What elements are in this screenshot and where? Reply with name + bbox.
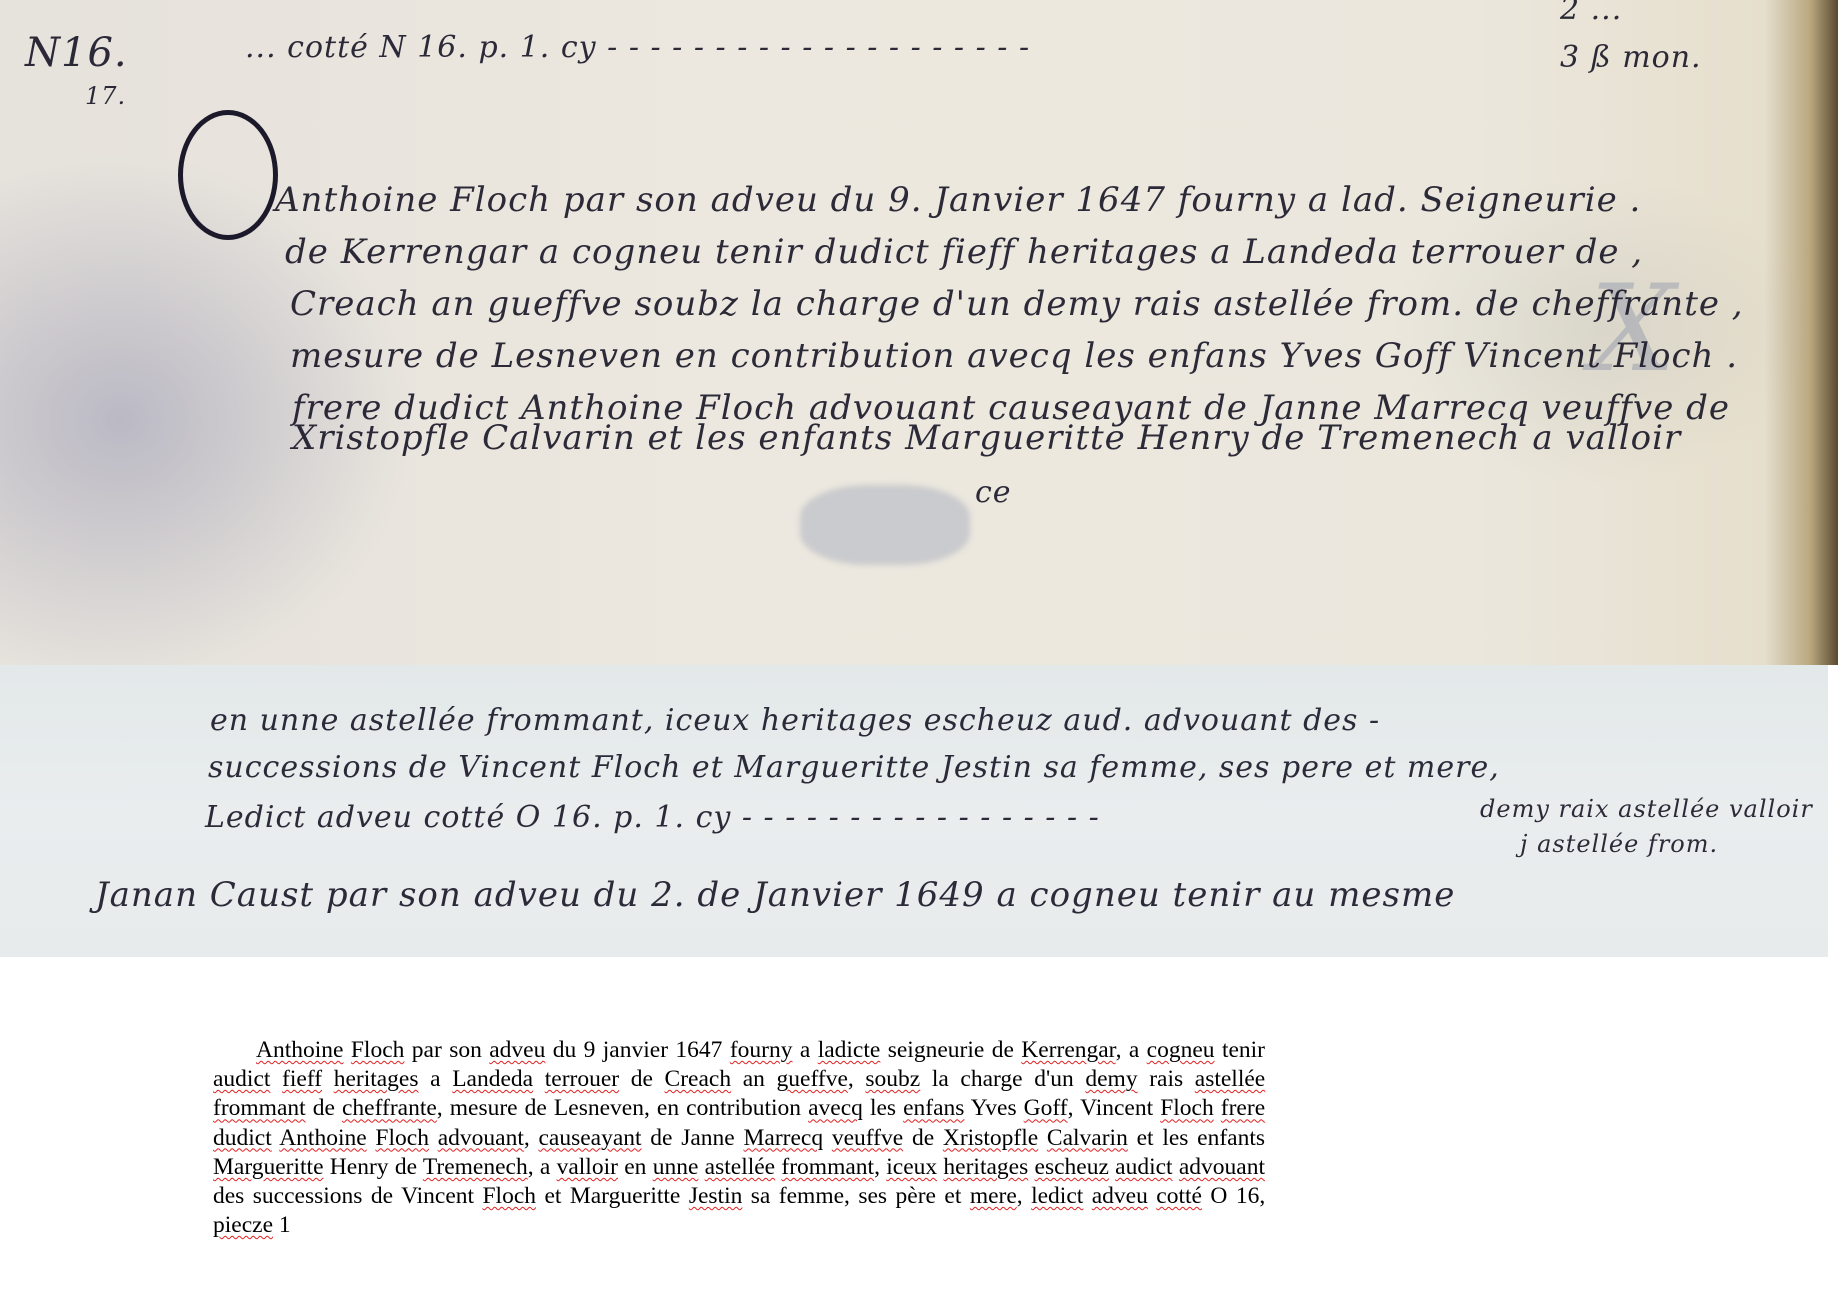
transcription-word: Floch — [375, 1125, 429, 1151]
transcription-word: gueffve — [777, 1066, 848, 1092]
transcription-word: et — [544, 1183, 561, 1209]
transcription-word: iceux — [886, 1154, 937, 1180]
transcription-word: soubz — [865, 1066, 920, 1092]
transcription-word: fieff — [282, 1066, 322, 1092]
transcription-word: Marrecq — [744, 1125, 824, 1151]
transcription-word: de — [395, 1154, 417, 1180]
transcription-word: valloir — [557, 1154, 618, 1180]
transcription-word: a — [430, 1066, 440, 1092]
transcription-word: heritages — [943, 1154, 1028, 1180]
decorated-initial — [178, 110, 278, 240]
transcription-word: d'un — [1034, 1066, 1073, 1092]
transcription-word: sa — [751, 1183, 771, 1209]
transcription-word: Lesneven — [554, 1095, 644, 1121]
transcription-word: 16 — [1236, 1183, 1260, 1209]
right-note-1: 2 ... — [1560, 0, 1622, 27]
manuscript-line: Creach an gueffve soubz la charge d'un d… — [290, 284, 1744, 324]
manuscript-line: ... cotté N 16. p. 1. cy - - - - - - - -… — [245, 30, 1030, 65]
transcription-word: mere — [970, 1183, 1017, 1209]
transcription-word: de — [525, 1095, 547, 1121]
transcription-word: de — [371, 1183, 393, 1209]
transcription-word: la — [932, 1066, 949, 1092]
faint-margin-mark: X — [1590, 260, 1675, 399]
transcription-word: Landeda — [452, 1066, 533, 1092]
transcription-word: unne — [653, 1154, 699, 1180]
transcription-word: 1647 — [675, 1037, 722, 1063]
transcription-word: a — [800, 1037, 810, 1063]
transcription-word: cotté — [1156, 1183, 1202, 1209]
transcription-word: femme — [779, 1183, 844, 1209]
transcription-word: frommant — [213, 1095, 306, 1121]
manuscript-scan-bottom: en unne astellée frommant, iceux heritag… — [0, 665, 1828, 957]
manuscript-line: successions de Vincent Floch et Margueri… — [208, 750, 1500, 785]
transcription-word: audict — [213, 1066, 270, 1092]
transcription-word: cheffrante — [342, 1095, 437, 1121]
transcription-word: causeayant — [538, 1125, 641, 1151]
right-note-1: demy raix astellée valloir — [1480, 795, 1813, 823]
manuscript-line: ce — [975, 475, 1012, 510]
transcription-word: cogneu — [1147, 1037, 1215, 1063]
transcription-word: Goff — [1024, 1095, 1068, 1121]
transcription-word: les — [1162, 1125, 1188, 1151]
manuscript-line: en unne astellée frommant, iceux heritag… — [210, 703, 1380, 738]
transcription-word: père — [896, 1183, 936, 1209]
manuscript-line: Janan Caust par son adveu du 2. de Janvi… — [95, 875, 1455, 915]
manuscript-scan-top: X N16. 17. 2 ... 3 ß mon. ... cotté N 16… — [0, 0, 1838, 665]
transcription-word: O — [1210, 1183, 1227, 1209]
transcription-word: advouant — [1179, 1154, 1265, 1180]
transcription-word: ses — [858, 1183, 887, 1209]
transcription-word: Vincent — [1080, 1095, 1153, 1121]
faded-stamp — [800, 485, 970, 565]
transcription-word: Margueritte — [570, 1183, 681, 1209]
transcription-word: Jestin — [689, 1183, 743, 1209]
transcription-word: piecze — [213, 1212, 273, 1238]
transcription-word: adveu — [489, 1037, 545, 1063]
transcription-word: ladicte — [818, 1037, 881, 1063]
transcription-word: audict — [1115, 1154, 1172, 1180]
transcription-word: Vincent — [401, 1183, 474, 1209]
transcription-word: Floch — [351, 1037, 405, 1063]
transcription-word: Anthoine — [279, 1125, 366, 1151]
transcription-word: astellée — [705, 1154, 775, 1180]
transcription-word: fourny — [730, 1037, 793, 1063]
transcription-word: du — [553, 1037, 577, 1063]
transcription-word: Anthoine — [256, 1037, 343, 1063]
transcription-word: de — [313, 1095, 335, 1121]
transcription-word: Creach — [665, 1066, 732, 1092]
transcription-word: des — [213, 1183, 244, 1209]
right-note-2: 3 ß mon. — [1560, 40, 1702, 75]
manuscript-line: mesure de Lesneven en contribution avecq… — [290, 336, 1738, 376]
transcription-word: escheuz — [1035, 1154, 1109, 1180]
transcription-word: 9 — [584, 1037, 596, 1063]
transcription-word: Kerrengar — [1021, 1037, 1115, 1063]
transcription-word: heritages — [334, 1066, 419, 1092]
transcription-word: charge — [960, 1066, 1022, 1092]
manuscript-line: de Kerrengar a cogneu tenir dudict fieff… — [285, 232, 1643, 272]
transcription-word: enfans — [903, 1095, 964, 1121]
transcription-word: avecq — [808, 1095, 863, 1121]
transcription-word: Henry — [330, 1154, 389, 1180]
transcription-word: Floch — [482, 1183, 536, 1209]
transcription-word: Margueritte — [213, 1154, 324, 1180]
transcription-word: Xristopfle — [943, 1125, 1038, 1151]
transcription-word: frere — [1221, 1095, 1265, 1121]
transcription-word: et — [1137, 1125, 1154, 1151]
transcription-word: en — [624, 1154, 646, 1180]
transcription-word: mesure — [450, 1095, 518, 1121]
transcription-word: a — [540, 1154, 550, 1180]
transcription-word: advouant — [438, 1125, 524, 1151]
transcription-word: seigneurie — [888, 1037, 985, 1063]
right-note-2: j astellée from. — [1520, 830, 1718, 858]
transcription-word: adveu — [1092, 1183, 1148, 1209]
manuscript-line: Xristopfle Calvarin et les enfants Margu… — [292, 418, 1681, 458]
margin-reference-2: 17. — [85, 82, 126, 110]
transcription-word: enfants — [1197, 1125, 1265, 1151]
transcription-word: astellée — [1195, 1066, 1265, 1092]
transcription-word: et — [944, 1183, 961, 1209]
transcription-word: Floch — [1160, 1095, 1214, 1121]
transcription-word: en — [657, 1095, 679, 1121]
transcription-word: terrouer — [545, 1066, 619, 1092]
transcription-word: Tremenech — [423, 1154, 528, 1180]
transcription-word: de — [992, 1037, 1014, 1063]
transcription-word: Calvarin — [1047, 1125, 1128, 1151]
transcription-word: frommant — [781, 1154, 874, 1180]
transcription-word: ledict — [1031, 1183, 1083, 1209]
transcription-word: a — [1129, 1037, 1139, 1063]
transcription-word: demy — [1085, 1066, 1137, 1092]
transcription-word: Yves — [971, 1095, 1017, 1121]
transcription-word: an — [743, 1066, 765, 1092]
transcription-word: veuffve — [832, 1125, 903, 1151]
transcription-word: rais — [1149, 1066, 1183, 1092]
transcription-word: successions — [253, 1183, 363, 1209]
manuscript-line: Anthoine Floch par son adveu du 9. Janvi… — [275, 180, 1641, 220]
transcription-word: par — [412, 1037, 442, 1063]
transcription-word: de — [912, 1125, 934, 1151]
transcription-word: contribution — [686, 1095, 801, 1121]
transcription-word: les — [870, 1095, 896, 1121]
transcription-word: 1 — [279, 1212, 291, 1238]
transcription-word: Janne — [681, 1125, 735, 1151]
transcription-word: de — [631, 1066, 653, 1092]
transcription-word: son — [449, 1037, 482, 1063]
margin-reference: N16. — [25, 30, 128, 76]
transcription-word: dudict — [213, 1125, 272, 1151]
transcription-word: de — [650, 1125, 672, 1151]
manuscript-line: Ledict adveu cotté O 16. p. 1. cy - - - … — [205, 800, 1100, 835]
transcription-word: janvier — [603, 1037, 668, 1063]
transcription-word: tenir — [1222, 1037, 1265, 1063]
transcription-paragraph: Anthoine Floch par son adveu du 9 janvie… — [213, 1036, 1265, 1240]
